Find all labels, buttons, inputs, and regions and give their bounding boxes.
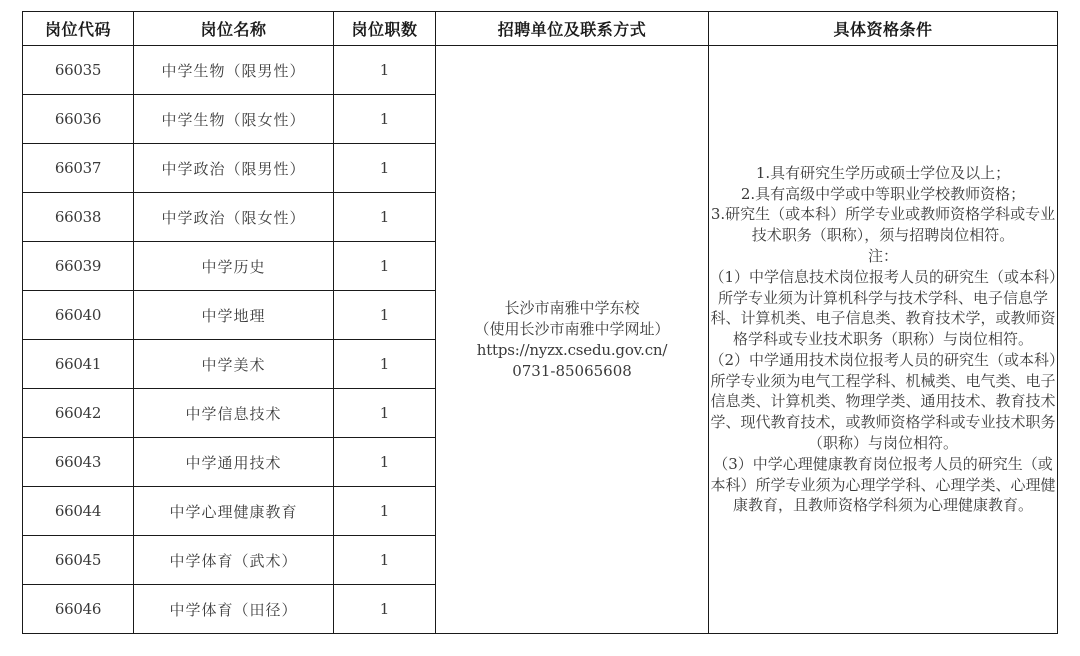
table-row: 66035 中学生物（限男性） 1 长沙市南雅中学东校 （使用长沙市南雅中学网址… [23,46,1058,95]
position-name: 中学心理健康教育 [134,487,334,536]
position-name: 中学地理 [134,291,334,340]
position-name: 中学政治（限男性） [134,144,334,193]
position-count: 1 [334,438,436,487]
header-unit-contact: 招聘单位及联系方式 [436,12,709,46]
unit-website-note: （使用长沙市南雅中学网址） [436,319,708,340]
position-name: 中学信息技术 [134,389,334,438]
note-item: （1）中学信息技术岗位报考人员的研究生（或本科）所学专业须为计算机科学与技术学科… [709,267,1057,350]
position-code: 66042 [23,389,134,438]
position-code: 66044 [23,487,134,536]
position-code: 66039 [23,242,134,291]
position-count: 1 [334,242,436,291]
unit-name: 长沙市南雅中学东校 [436,298,708,319]
position-code: 66046 [23,585,134,634]
note-item: （3）中学心理健康教育岗位报考人员的研究生（或本科）所学专业须为心理学学科、心理… [709,454,1057,516]
position-name: 中学通用技术 [134,438,334,487]
position-name: 中学政治（限女性） [134,193,334,242]
recruitment-table-container: 岗位代码 岗位名称 岗位职数 招聘单位及联系方式 具体资格条件 66035 中学… [22,11,1058,634]
position-count: 1 [334,340,436,389]
requirement-item: 1.具有研究生学历或硕士学位及以上； [709,163,1057,184]
position-code: 66041 [23,340,134,389]
position-code: 66036 [23,95,134,144]
position-count: 1 [334,389,436,438]
position-count: 1 [334,95,436,144]
note-item: （2）中学通用技术岗位报考人员的研究生（或本科）所学专业须为电气工程学科、机械类… [709,350,1057,454]
position-name: 中学体育（武术） [134,536,334,585]
position-count: 1 [334,536,436,585]
position-code: 66038 [23,193,134,242]
position-count: 1 [334,291,436,340]
position-name: 中学生物（限女性） [134,95,334,144]
header-position-code: 岗位代码 [23,12,134,46]
header-requirements: 具体资格条件 [709,12,1058,46]
position-count: 1 [334,585,436,634]
header-row: 岗位代码 岗位名称 岗位职数 招聘单位及联系方式 具体资格条件 [23,12,1058,46]
position-count: 1 [334,487,436,536]
position-count: 1 [334,193,436,242]
position-code: 66045 [23,536,134,585]
note-label: 注： [709,246,1057,267]
position-code: 66043 [23,438,134,487]
position-count: 1 [334,46,436,95]
recruitment-table: 岗位代码 岗位名称 岗位职数 招聘单位及联系方式 具体资格条件 66035 中学… [22,11,1058,634]
position-name: 中学美术 [134,340,334,389]
recruiting-unit-cell: 长沙市南雅中学东校 （使用长沙市南雅中学网址） https://nyzx.cse… [436,46,709,634]
position-code: 66035 [23,46,134,95]
requirement-item: 2.具有高级中学或中等职业学校教师资格； [709,184,1057,205]
position-name: 中学体育（田径） [134,585,334,634]
position-name: 中学生物（限男性） [134,46,334,95]
unit-phone: 0731-85065608 [436,361,708,382]
requirements-cell: 1.具有研究生学历或硕士学位及以上； 2.具有高级中学或中等职业学校教师资格； … [709,46,1058,634]
requirement-item: 3.研究生（或本科）所学专业或教师资格学科或专业技术职务（职称），须与招聘岗位相… [709,204,1057,246]
position-name: 中学历史 [134,242,334,291]
position-code: 66037 [23,144,134,193]
header-position-count: 岗位职数 [334,12,436,46]
position-code: 66040 [23,291,134,340]
position-count: 1 [334,144,436,193]
header-position-name: 岗位名称 [134,12,334,46]
unit-url-link[interactable]: https://nyzx.csedu.gov.cn/ [436,340,708,361]
